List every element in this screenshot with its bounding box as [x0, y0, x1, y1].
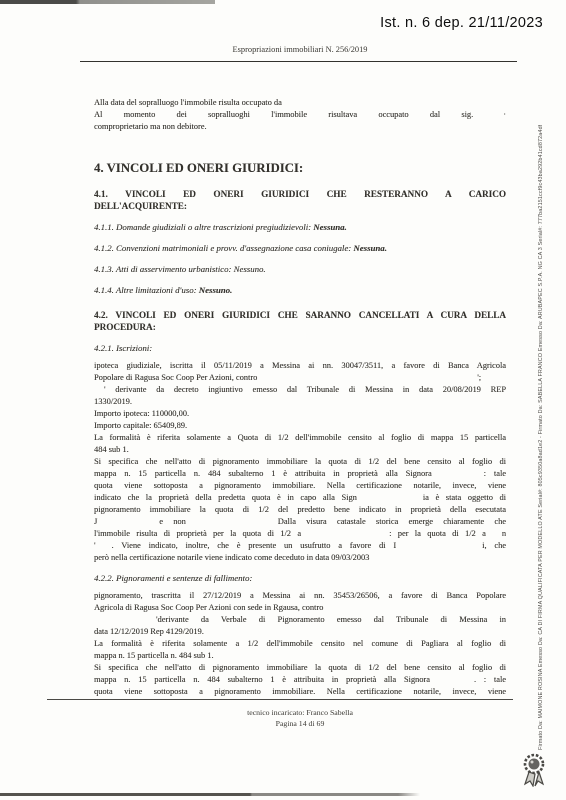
- doc-line: Agricola di Ragusa Soc Coop Per Azioni c…: [94, 602, 506, 614]
- section-4-2-heading: 4.2. VINCOLI ED ONERI GIURIDICI CHE SARA…: [94, 309, 506, 334]
- doc-line: 4.2.2. Pignoramenti e sentenze di fallim…: [94, 573, 506, 585]
- doc-line: 1330/2019.: [94, 396, 506, 408]
- doc-line: mappa n. 15 particella n. 484 subalterno…: [94, 468, 506, 480]
- doc-line: Importo ipoteca: 110000,00.: [94, 408, 506, 420]
- doc-line: Si specifica che nell'atto di pignoramen…: [94, 456, 506, 468]
- iscrizioni-paragraph: ipoteca giudiziale, iscritta il 05/11/20…: [94, 360, 506, 564]
- doc-line: La formalità è riferita solamente a 1/2 …: [94, 638, 506, 650]
- redacted-text-gap: [301, 535, 389, 536]
- scan-artifact-top-bar: [0, 0, 215, 4]
- redacted-text-gap: [94, 391, 104, 392]
- doc-line: 4.2. VINCOLI ED ONERI GIURIDICI CHE SARA…: [94, 309, 506, 321]
- doc-line: 4.1. VINCOLI ED ONERI GIURIDICI CHE REST…: [94, 188, 506, 200]
- clause-4-1-4: 4.1.4. Altre limitazioni d'uso: Nessuno.: [94, 285, 506, 297]
- doc-line: Alla data del sopralluogo l'immobile ris…: [94, 97, 506, 109]
- doc-line: ipoteca giudiziale, iscritta il 05/11/20…: [94, 360, 506, 372]
- redacted-text-gap: [96, 547, 112, 548]
- doc-line: PROCEDURA:: [94, 321, 506, 333]
- rosette-seal-icon: [519, 751, 549, 787]
- footer-page-number: Pagina 14 di 69: [94, 719, 506, 728]
- redacted-text-gap: [486, 535, 502, 536]
- emphasized-text: Nessuna.: [353, 243, 387, 253]
- redacted-text-gap: [97, 523, 159, 524]
- doc-line: mappa n. 15 particella n. 484 sub 1.: [94, 650, 506, 662]
- doc-line: però nella certificazione notarile viene…: [94, 552, 506, 564]
- footer-technician: tecnico incaricato: Franco Sabella: [94, 708, 506, 717]
- doc-line: '. Viene indicato, inoltre, che è presen…: [94, 540, 506, 552]
- section-4-1-heading: 4.1. VINCOLI ED ONERI GIURIDICI CHE REST…: [94, 188, 506, 213]
- footer-rule: [47, 699, 513, 700]
- doc-line: 'derivante da Verbale di Pignoramento em…: [94, 614, 506, 626]
- doc-line: 4.1.3. Atti di asservimento urbanistico:…: [94, 264, 506, 276]
- section-4-heading: 4. VINCOLI ED ONERI GIURIDICI:: [94, 160, 506, 176]
- doc-line: l'immobile risulta di proprietà per la q…: [94, 528, 506, 540]
- doc-line: 484 sub 1.: [94, 444, 506, 456]
- redacted-text-gap: [430, 681, 474, 682]
- redacted-text-gap: [257, 379, 477, 380]
- redacted-text-gap: [357, 499, 423, 500]
- doc-line: ' derivante da decreto ingiuntivo emesso…: [94, 384, 506, 396]
- doc-line: pignoramento, trascritta il 27/12/2019 a…: [94, 590, 506, 602]
- header-rule: [80, 61, 517, 62]
- clause-4-1-2: 4.1.2. Convenzioni matrimoniali e provv.…: [94, 243, 506, 255]
- doc-line: 4.1.1. Domande giudiziali o altre trascr…: [94, 222, 506, 234]
- clause-4-2-1: 4.2.1. Iscrizioni:: [94, 343, 506, 355]
- doc-line: Importo capitale: 65409,89.: [94, 420, 506, 432]
- doc-line: 4.2.1. Iscrizioni:: [94, 343, 506, 355]
- scanned-document-page: Ist. n. 6 dep. 21/11/2023 Espropriazioni…: [0, 0, 566, 800]
- clause-4-2-2: 4.2.2. Pignoramenti e sentenze di fallim…: [94, 573, 506, 585]
- redacted-text-gap: [94, 621, 156, 622]
- redacted-text-gap: [186, 523, 278, 524]
- doc-line: 4.1.4. Altre limitazioni d'uso: Nessuno.: [94, 285, 506, 297]
- doc-line: mappa n. 15 particella n. 484 subalterno…: [94, 674, 506, 686]
- occupancy-paragraph: Alla data del sopralluogo l'immobile ris…: [94, 97, 506, 133]
- doc-line: La formalità è riferita solamente a Quot…: [94, 432, 506, 444]
- doc-line: Si specifica che nell'atto di pignoramen…: [94, 662, 506, 674]
- doc-line: quota viene sottoposta a pignoramento im…: [94, 480, 506, 492]
- clause-4-1-3: 4.1.3. Atti di asservimento urbanistico:…: [94, 264, 506, 276]
- redacted-text-gap: [396, 547, 482, 548]
- emphasized-text: Nessuno.: [199, 285, 233, 295]
- pignoramenti-paragraph: pignoramento, trascritta il 27/12/2019 a…: [94, 590, 506, 698]
- doc-line: 4.1.2. Convenzioni matrimoniali e provv.…: [94, 243, 506, 255]
- doc-line: quota viene sottoposta a pignoramento im…: [94, 686, 506, 698]
- doc-line: 4. VINCOLI ED ONERI GIURIDICI:: [94, 160, 506, 176]
- doc-line: Al momento dei sopralluoghi l'immobile r…: [94, 109, 506, 121]
- digital-signature-strip-text: Firmato Da: MAIMONE ROSINA Emesso Da: CA…: [538, 125, 545, 750]
- deposit-stamp: Ist. n. 6 dep. 21/11/2023: [380, 15, 543, 31]
- doc-line: DELL'ACQUIRENTE:: [94, 200, 506, 212]
- page-header-title: Espropriazioni immobiliari N. 256/2019: [94, 45, 506, 54]
- scan-artifact-bottom-bar: [0, 793, 420, 796]
- clause-4-1-1: 4.1.1. Domande giudiziali o altre trascr…: [94, 222, 506, 234]
- redacted-text-gap: [432, 475, 484, 476]
- redacted-text-gap: [473, 116, 503, 117]
- doc-line: comproprietario ma non debitore.: [94, 121, 506, 133]
- emphasized-text: Nessuna.: [313, 222, 347, 232]
- doc-line: pignoramento immobiliare la quota di 1/2…: [94, 504, 506, 516]
- doc-line: Popolare di Ragusa Soc Coop Per Azioni, …: [94, 372, 506, 384]
- document-body: Alla data del sopralluogo l'immobile ris…: [94, 97, 506, 698]
- doc-line: indicato che la proprietà della predetta…: [94, 492, 506, 504]
- doc-line: data 12/12/2019 Rep 4129/2019.: [94, 626, 506, 638]
- doc-line: Je nonDalla visura catastale storica eme…: [94, 516, 506, 528]
- redacted-text-gap: [323, 609, 443, 610]
